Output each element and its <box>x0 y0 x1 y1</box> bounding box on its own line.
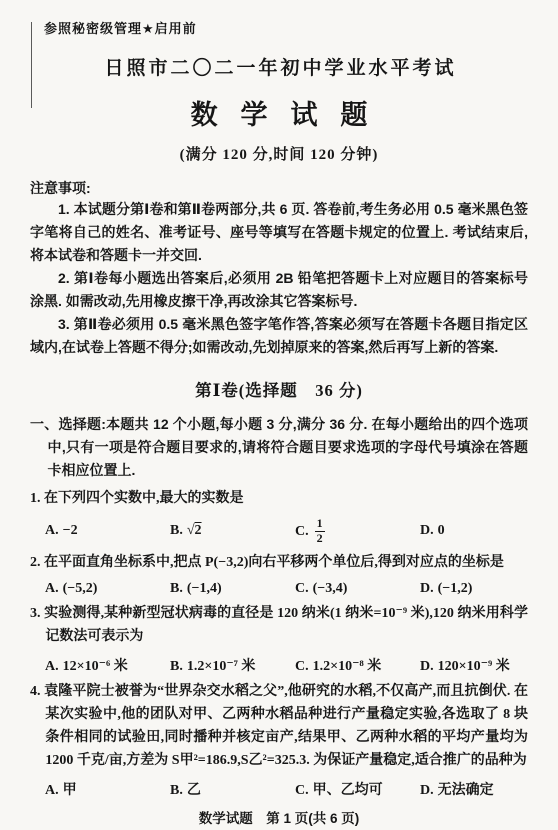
option-label: C. <box>295 581 309 596</box>
notice-item: 3. 第Ⅱ卷必须用 0.5 毫米黑色签字笔作答,答案必须写在答题卡各题目指定区域… <box>30 313 528 359</box>
question-text: 1. 在下列四个实数中,最大的实数是 <box>30 487 528 510</box>
option-label: C. <box>295 783 309 798</box>
security-classification-label: 参照秘密级管理★启用前 <box>44 18 528 37</box>
notice-heading: 注意事项: <box>30 178 528 198</box>
option-item: B.乙 <box>170 779 295 799</box>
option-item: C.(−3,4) <box>295 581 420 597</box>
option-label: D. <box>420 783 434 798</box>
score-time-note: (满分 120 分,时间 120 分钟) <box>30 143 528 164</box>
option-label: B. <box>170 659 183 674</box>
option-label: D. <box>420 523 434 538</box>
notice-item: 1. 本试题分第Ⅰ卷和第Ⅱ卷两部分,共 6 页. 答卷前,考生务必用 0.5 毫… <box>30 198 528 267</box>
option-text: (−1,2) <box>438 581 473 596</box>
option-text: 120×10⁻⁹ 米 <box>438 659 510 674</box>
option-text: 1.2×10⁻⁷ 米 <box>187 659 256 674</box>
option-label: A. <box>45 581 59 596</box>
option-text: √ <box>187 523 195 538</box>
question-text: 3. 实验测得,某种新型冠状病毒的直径是 120 纳米(1 纳米=10⁻⁹ 米)… <box>30 602 528 648</box>
question-block: 4. 袁隆平院士被誉为“世界杂交水稻之父”,他研究的水稻,不仅高产,而且抗倒伏.… <box>30 680 528 799</box>
option-text: 甲、乙均可 <box>313 783 383 798</box>
option-item: D.(−1,2) <box>420 581 472 597</box>
fraction-numerator: 1 <box>317 517 323 531</box>
options-row: A.−2B.√2C.12D.0 <box>30 517 528 546</box>
notice-item: 2. 第Ⅰ卷每小题选出答案后,必须用 2B 铅笔把答题卡上对应题目的答案标号涂黑… <box>30 267 528 313</box>
option-text: (−3,4) <box>313 581 348 596</box>
options-row: A.(−5,2)B.(−1,4)C.(−3,4)D.(−1,2) <box>30 581 528 597</box>
option-item: C.12 <box>295 517 420 546</box>
option-label: C. <box>295 659 309 674</box>
option-text: 甲 <box>63 783 77 798</box>
option-text: 12×10⁻⁶ 米 <box>63 659 128 674</box>
option-item: D.0 <box>420 523 445 539</box>
option-label: A. <box>45 523 59 538</box>
fraction: 12 <box>315 517 325 546</box>
radicand-text: 2 <box>195 523 202 538</box>
question-text: 4. 袁隆平院士被誉为“世界杂交水稻之父”,他研究的水稻,不仅高产,而且抗倒伏.… <box>30 680 528 772</box>
option-item: B.√2 <box>170 523 295 539</box>
option-label: B. <box>170 581 183 596</box>
fraction-denominator: 2 <box>315 531 325 546</box>
option-text: (−5,2) <box>63 581 98 596</box>
options-row: A.甲B.乙C.甲、乙均可D.无法确定 <box>30 779 528 799</box>
option-label: A. <box>45 783 59 798</box>
option-item: D.120×10⁻⁹ 米 <box>420 655 510 675</box>
option-text: −2 <box>63 523 78 538</box>
option-item: D.无法确定 <box>420 779 494 799</box>
option-text: 0 <box>438 523 445 538</box>
question-block: 2. 在平面直角坐标系中,把点 P(−3,2)向右平移两个单位后,得到对应点的坐… <box>30 551 528 597</box>
option-text: (−1,4) <box>187 581 222 596</box>
option-item: A.甲 <box>45 779 170 799</box>
option-item: B.1.2×10⁻⁷ 米 <box>170 655 295 675</box>
option-label: A. <box>45 659 59 674</box>
option-text: 乙 <box>187 783 201 798</box>
option-item: C.1.2×10⁻⁸ 米 <box>295 655 420 675</box>
option-label: D. <box>420 659 434 674</box>
option-item: A.(−5,2) <box>45 581 170 597</box>
option-label: C. <box>295 524 309 539</box>
option-text: 1.2×10⁻⁸ 米 <box>313 659 382 674</box>
option-label: B. <box>170 783 183 798</box>
subject-title: 数学试题 <box>30 93 528 132</box>
option-item: C.甲、乙均可 <box>295 779 420 799</box>
option-label: D. <box>420 581 434 596</box>
option-label: B. <box>170 523 183 538</box>
exam-title: 日照市二〇二一年初中学业水平考试 <box>30 53 528 80</box>
option-item: A.12×10⁻⁶ 米 <box>45 655 170 675</box>
option-item: A.−2 <box>45 523 170 539</box>
option-item: B.(−1,4) <box>170 581 295 597</box>
scan-artifact-line <box>31 22 32 108</box>
question-block: 3. 实验测得,某种新型冠状病毒的直径是 120 纳米(1 纳米=10⁻⁹ 米)… <box>30 602 528 675</box>
question-block: 1. 在下列四个实数中,最大的实数是A.−2B.√2C.12D.0 <box>30 487 528 546</box>
questions: 1. 在下列四个实数中,最大的实数是A.−2B.√2C.12D.02. 在平面直… <box>30 487 528 799</box>
options-row: A.12×10⁻⁶ 米B.1.2×10⁻⁷ 米C.1.2×10⁻⁸ 米D.120… <box>30 655 528 675</box>
section-header: 第Ⅰ卷(选择题 36 分) <box>30 377 528 401</box>
section-intro: 一、选择题:本题共 12 个小题,每小题 3 分,满分 36 分. 在每小题给出… <box>30 413 528 482</box>
notice-list: 1. 本试题分第Ⅰ卷和第Ⅱ卷两部分,共 6 页. 答卷前,考生务必用 0.5 毫… <box>30 198 528 359</box>
question-text: 2. 在平面直角坐标系中,把点 P(−3,2)向右平移两个单位后,得到对应点的坐… <box>30 551 528 574</box>
page-footer: 数学试题 第 1 页(共 6 页) <box>30 807 528 827</box>
option-text: 无法确定 <box>438 783 494 798</box>
exam-paper-page: 参照秘密级管理★启用前 日照市二〇二一年初中学业水平考试 数学试题 (满分 12… <box>0 0 558 830</box>
